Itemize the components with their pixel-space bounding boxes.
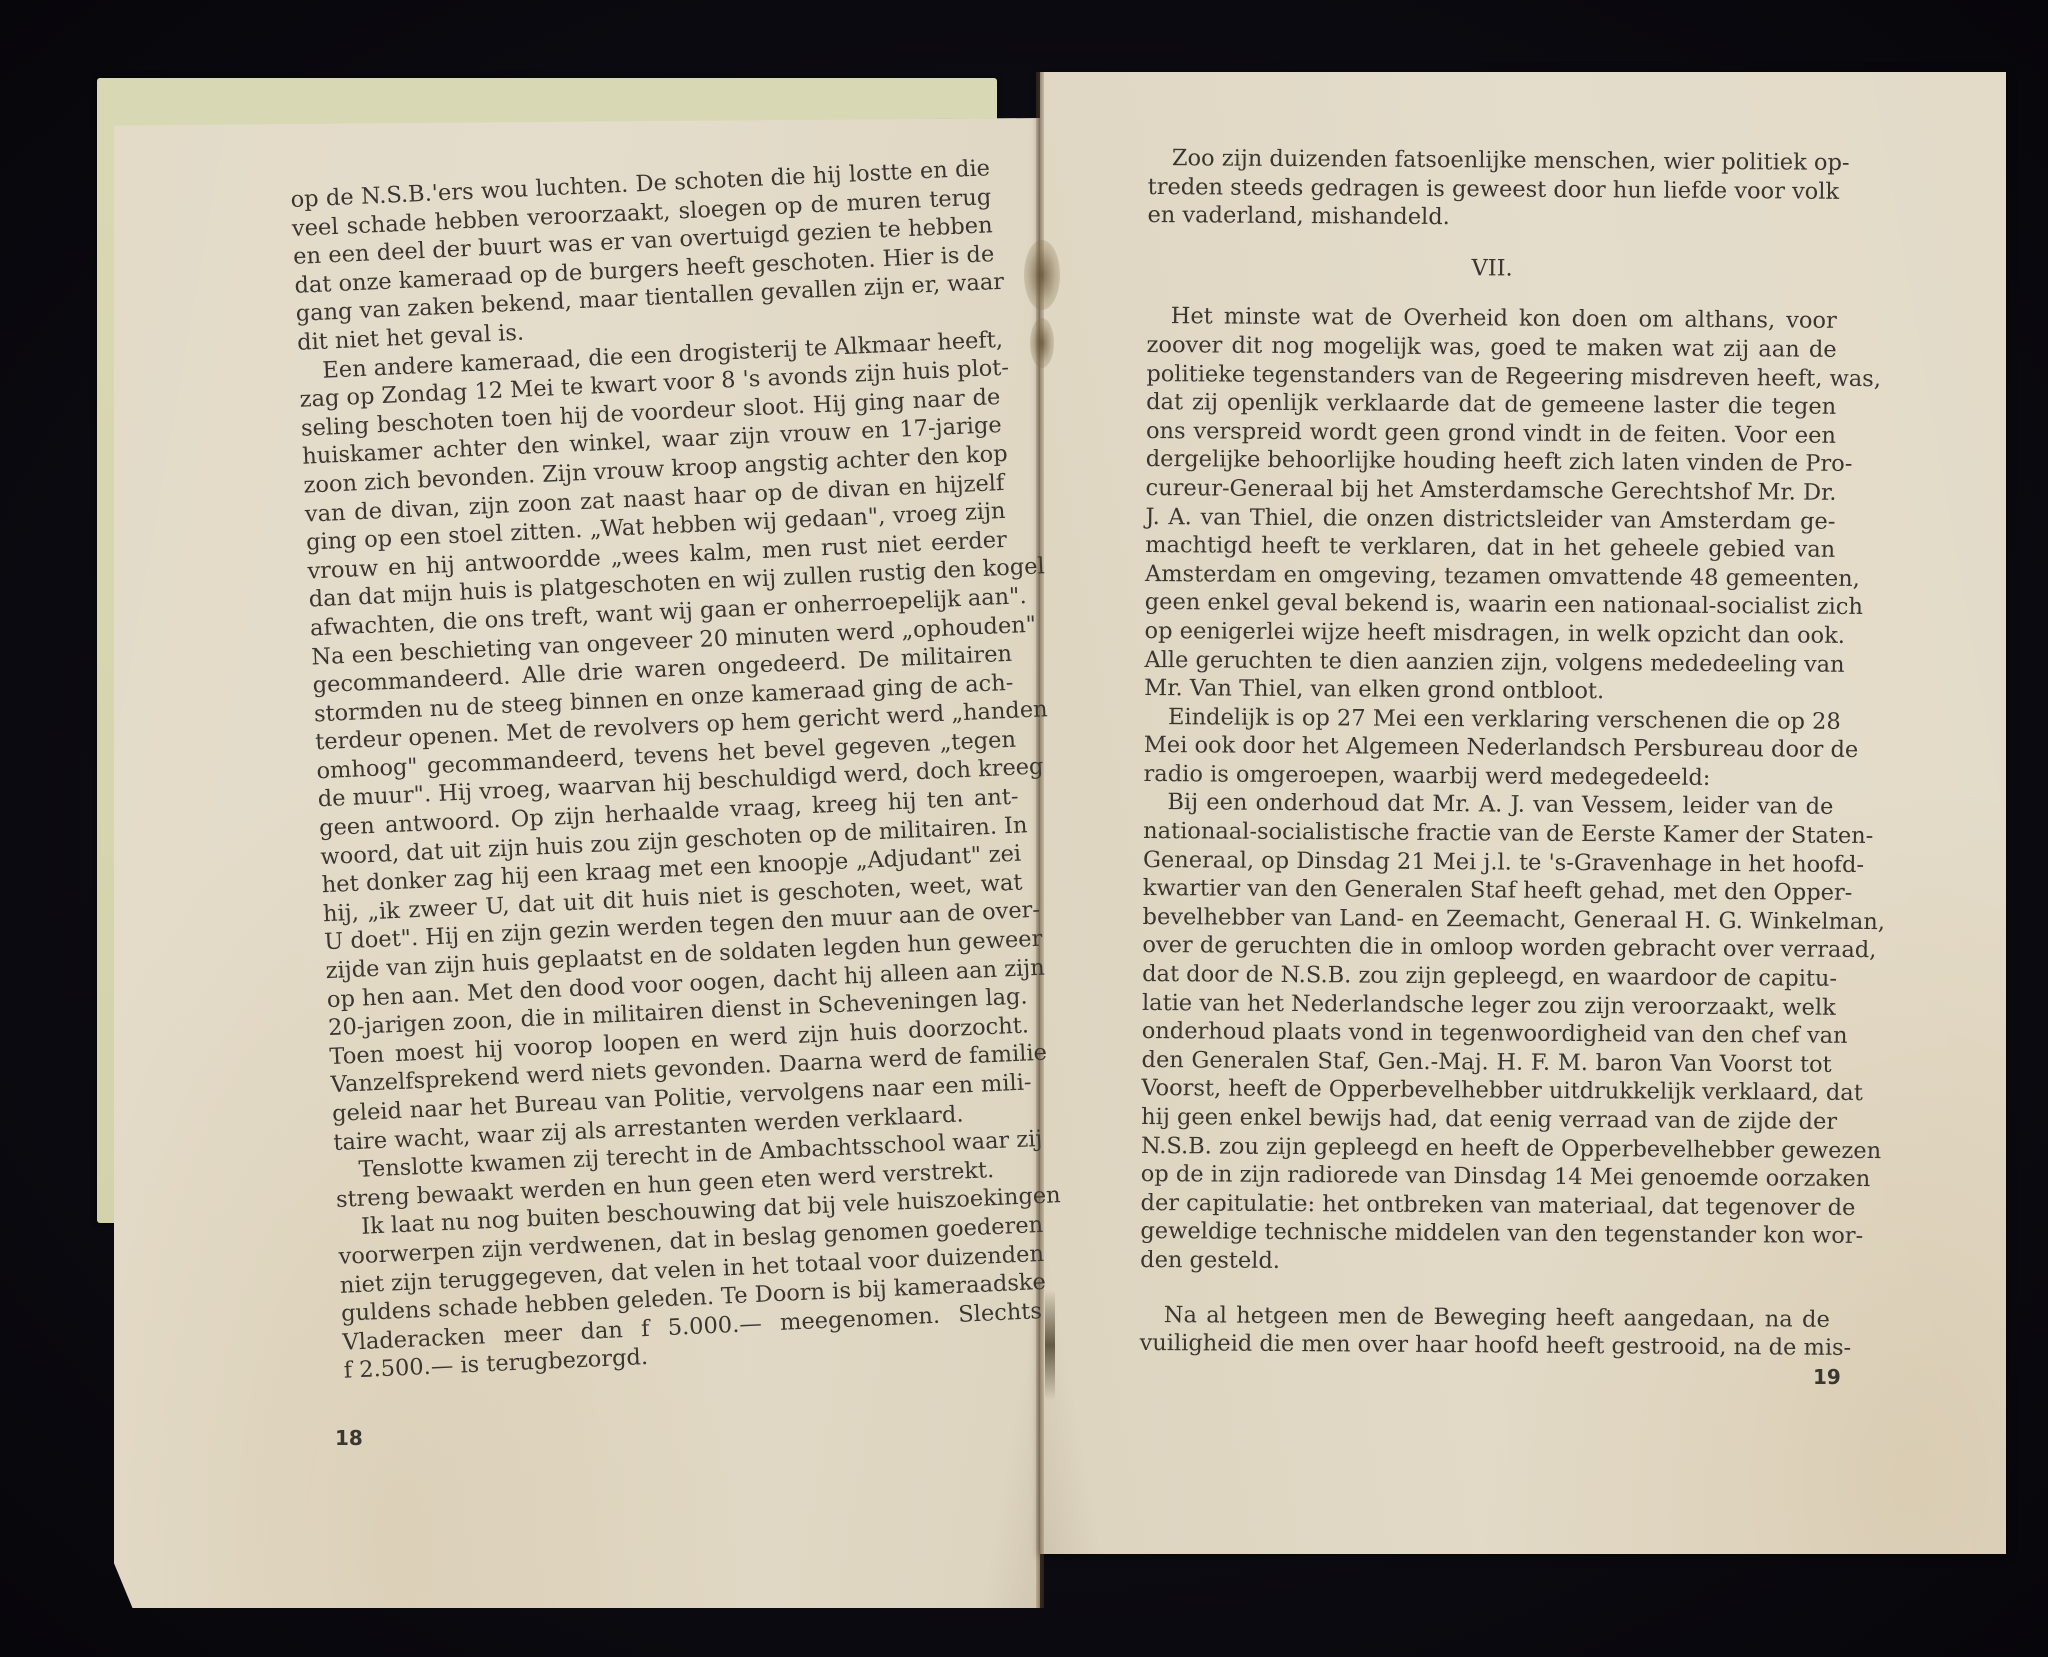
paragraph-start-line: Zoo zijn duizenden fatsoenlijke menschen…: [1148, 144, 1838, 177]
text-line: hij geen enkel bewijs had, dat eenig ver…: [1141, 1103, 1831, 1136]
spine-staple-stain: [1045, 1290, 1055, 1400]
right-page-body-text: Zoo zijn duizenden fatsoenlijke menschen…: [1140, 144, 1838, 1363]
left-page-body-text: op de N.S.B.'ers wou luchten. De schoten…: [290, 154, 1044, 1385]
text-line: zoover dit nog mogelijk was, goed te mak…: [1146, 331, 1836, 364]
text-line: den gesteld.: [1140, 1246, 1830, 1279]
text-line: nationaal-socialistische fractie van de …: [1143, 817, 1833, 850]
text-line: op de in zijn radiorede van Dinsdag 14 M…: [1141, 1160, 1831, 1193]
text-line: vuiligheid die men over haar hoofd heeft…: [1140, 1329, 1830, 1362]
text-line: Mei ook door het Algemeen Nederlandsch P…: [1144, 731, 1834, 764]
text-line: en vaderland, mishandeld.: [1147, 201, 1837, 234]
text-line: dat door de N.S.B. zou zijn gepleegd, en…: [1142, 960, 1832, 993]
text-line: geen enkel geval bekend is, waarin een n…: [1145, 588, 1835, 621]
text-line: machtigd heeft te verklaren, dat in het …: [1145, 531, 1835, 564]
text-line: kwartier van den Generalen Staf heeft ge…: [1143, 874, 1833, 907]
text-line: op eenigerlei wijze heeft misdragen, in …: [1144, 617, 1834, 650]
spine-staple-stain: [1024, 240, 1060, 310]
page-number-left: 18: [335, 1426, 363, 1450]
text-line: onderhoud plaats vond in tegenwoordighei…: [1142, 1017, 1832, 1050]
text-line: cureur-Generaal bij het Amsterdamsche Ge…: [1145, 474, 1835, 507]
page-number-right: 19: [1813, 1365, 1841, 1389]
section-heading: VII.: [1147, 252, 1837, 285]
text-line: Mr. Van Thiel, van elken grond ontbloot.: [1144, 674, 1834, 707]
text-line: dat zij openlijk verklaarde dat de gemee…: [1146, 388, 1836, 421]
spine-staple-stain: [1030, 318, 1054, 368]
